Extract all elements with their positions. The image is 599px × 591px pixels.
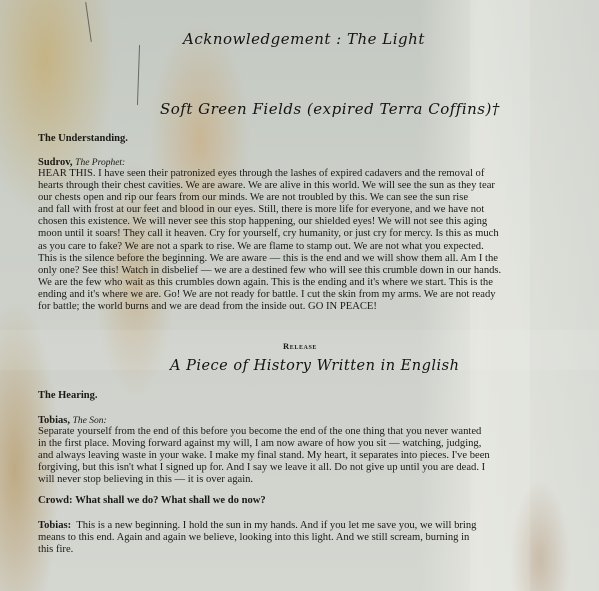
text-line: chosen this existence. We will never see… xyxy=(38,216,564,228)
crowd-label: Crowd: xyxy=(38,495,73,506)
text-line: only one? See this! Watch in disbelief —… xyxy=(38,265,564,277)
text-line: this fire. xyxy=(38,544,564,556)
text-line: and always leaving waste in your wake. I… xyxy=(38,450,564,462)
text-line: hearts through their chest cavities. We … xyxy=(38,180,564,192)
text-line: and fall with frost at our feet and bloo… xyxy=(38,204,564,216)
speaker-tobias: Tobias, The Son: xyxy=(38,415,107,426)
text-line: means to this end. Again and again we be… xyxy=(38,532,564,544)
text-line: This is the silence before the beginning… xyxy=(38,253,564,265)
text-line: Separate yourself from the end of this b… xyxy=(38,426,564,438)
handwritten-subtitle: Soft Green Fields (expired Terra Coffins… xyxy=(160,100,500,118)
section-heading-hearing: The Hearing. xyxy=(38,390,98,401)
text-line: forgiving, but this isn't what I signed … xyxy=(38,462,564,474)
sudrov-monologue: HEAR THIS. I have seen their patronized … xyxy=(38,168,564,313)
text-line-content: This is a new beginning. I hold the sun … xyxy=(76,520,476,531)
speaker-name: Sudrov, xyxy=(38,157,73,168)
text-line: in the first place. Moving forward again… xyxy=(38,438,564,450)
text-line: will never stop believing in this — it i… xyxy=(38,474,564,486)
text-line: Tobias: This is a new beginning. I hold … xyxy=(38,520,564,532)
tobias-label: Tobias: xyxy=(38,520,71,531)
release-label: Release xyxy=(283,341,317,351)
speaker-role: The Son: xyxy=(73,416,107,426)
text-line: ending and it's where we are. Go! We are… xyxy=(38,289,564,301)
speaker-role: The Prophet: xyxy=(75,158,125,168)
tobias-final: Tobias: This is a new beginning. I hold … xyxy=(38,520,564,556)
speaker-name: Tobias, xyxy=(38,415,70,426)
handwritten-release-title: A Piece of History Written in English xyxy=(170,358,459,374)
section-heading-understanding: The Understanding. xyxy=(38,133,128,144)
handwritten-title: Acknowledgement : The Light xyxy=(183,30,425,48)
text-line: as you care to fake? We are not a spark … xyxy=(38,241,564,253)
text-line: for battle; the world burns and we are d… xyxy=(38,301,564,313)
crowd-text: What shall we do? What shall we do now? xyxy=(75,495,266,506)
text-line: our chests open and rip our fears from o… xyxy=(38,192,564,204)
text-line: HEAR THIS. I have seen their patronized … xyxy=(38,168,564,180)
crowd-line: Crowd: What shall we do? What shall we d… xyxy=(38,495,266,506)
tobias-monologue: Separate yourself from the end of this b… xyxy=(38,426,564,486)
text-line: moon until it soars! They call it heaven… xyxy=(38,228,564,240)
speaker-sudrov: Sudrov, The Prophet: xyxy=(38,157,125,168)
text-line: We are the few who wait as this crumbles… xyxy=(38,277,564,289)
